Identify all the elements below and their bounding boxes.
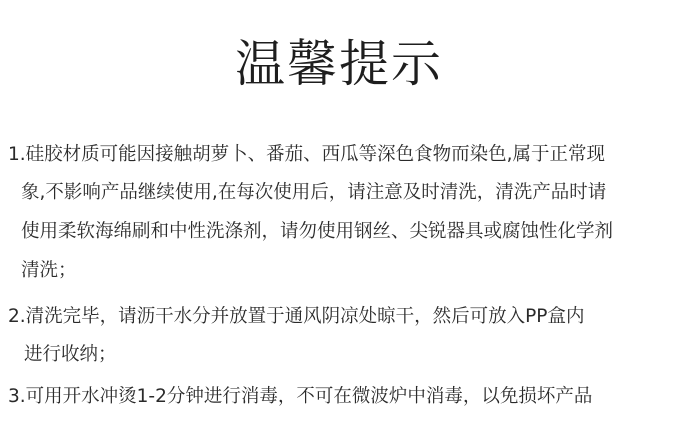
notice-title: 温馨提示	[0, 34, 678, 94]
notice-line: 2.清洗完毕，请沥干水分并放置于通风阴凉处晾干，然后可放入PP盒内	[8, 305, 584, 329]
notice-line: 3.可用开水冲烫1-2分钟进行消毒，不可在微波炉中消毒，以免损坏产品	[8, 385, 592, 409]
notice-line: 进行收纳；	[24, 343, 117, 367]
notice-line: 象,不影响产品继续使用,在每次使用后，请注意及时清洗，清洗产品时请	[21, 181, 606, 205]
notice-line: 1.硅胶材质可能因接触胡萝卜、番茄、西瓜等深色食物而染色,属于正常现	[8, 143, 605, 167]
notice-line: 使用柔软海绵刷和中性洗涤剂，请勿使用钢丝、尖锐器具或腐蚀性化学剂	[21, 220, 613, 244]
notice-line: 清洗；	[21, 259, 77, 283]
